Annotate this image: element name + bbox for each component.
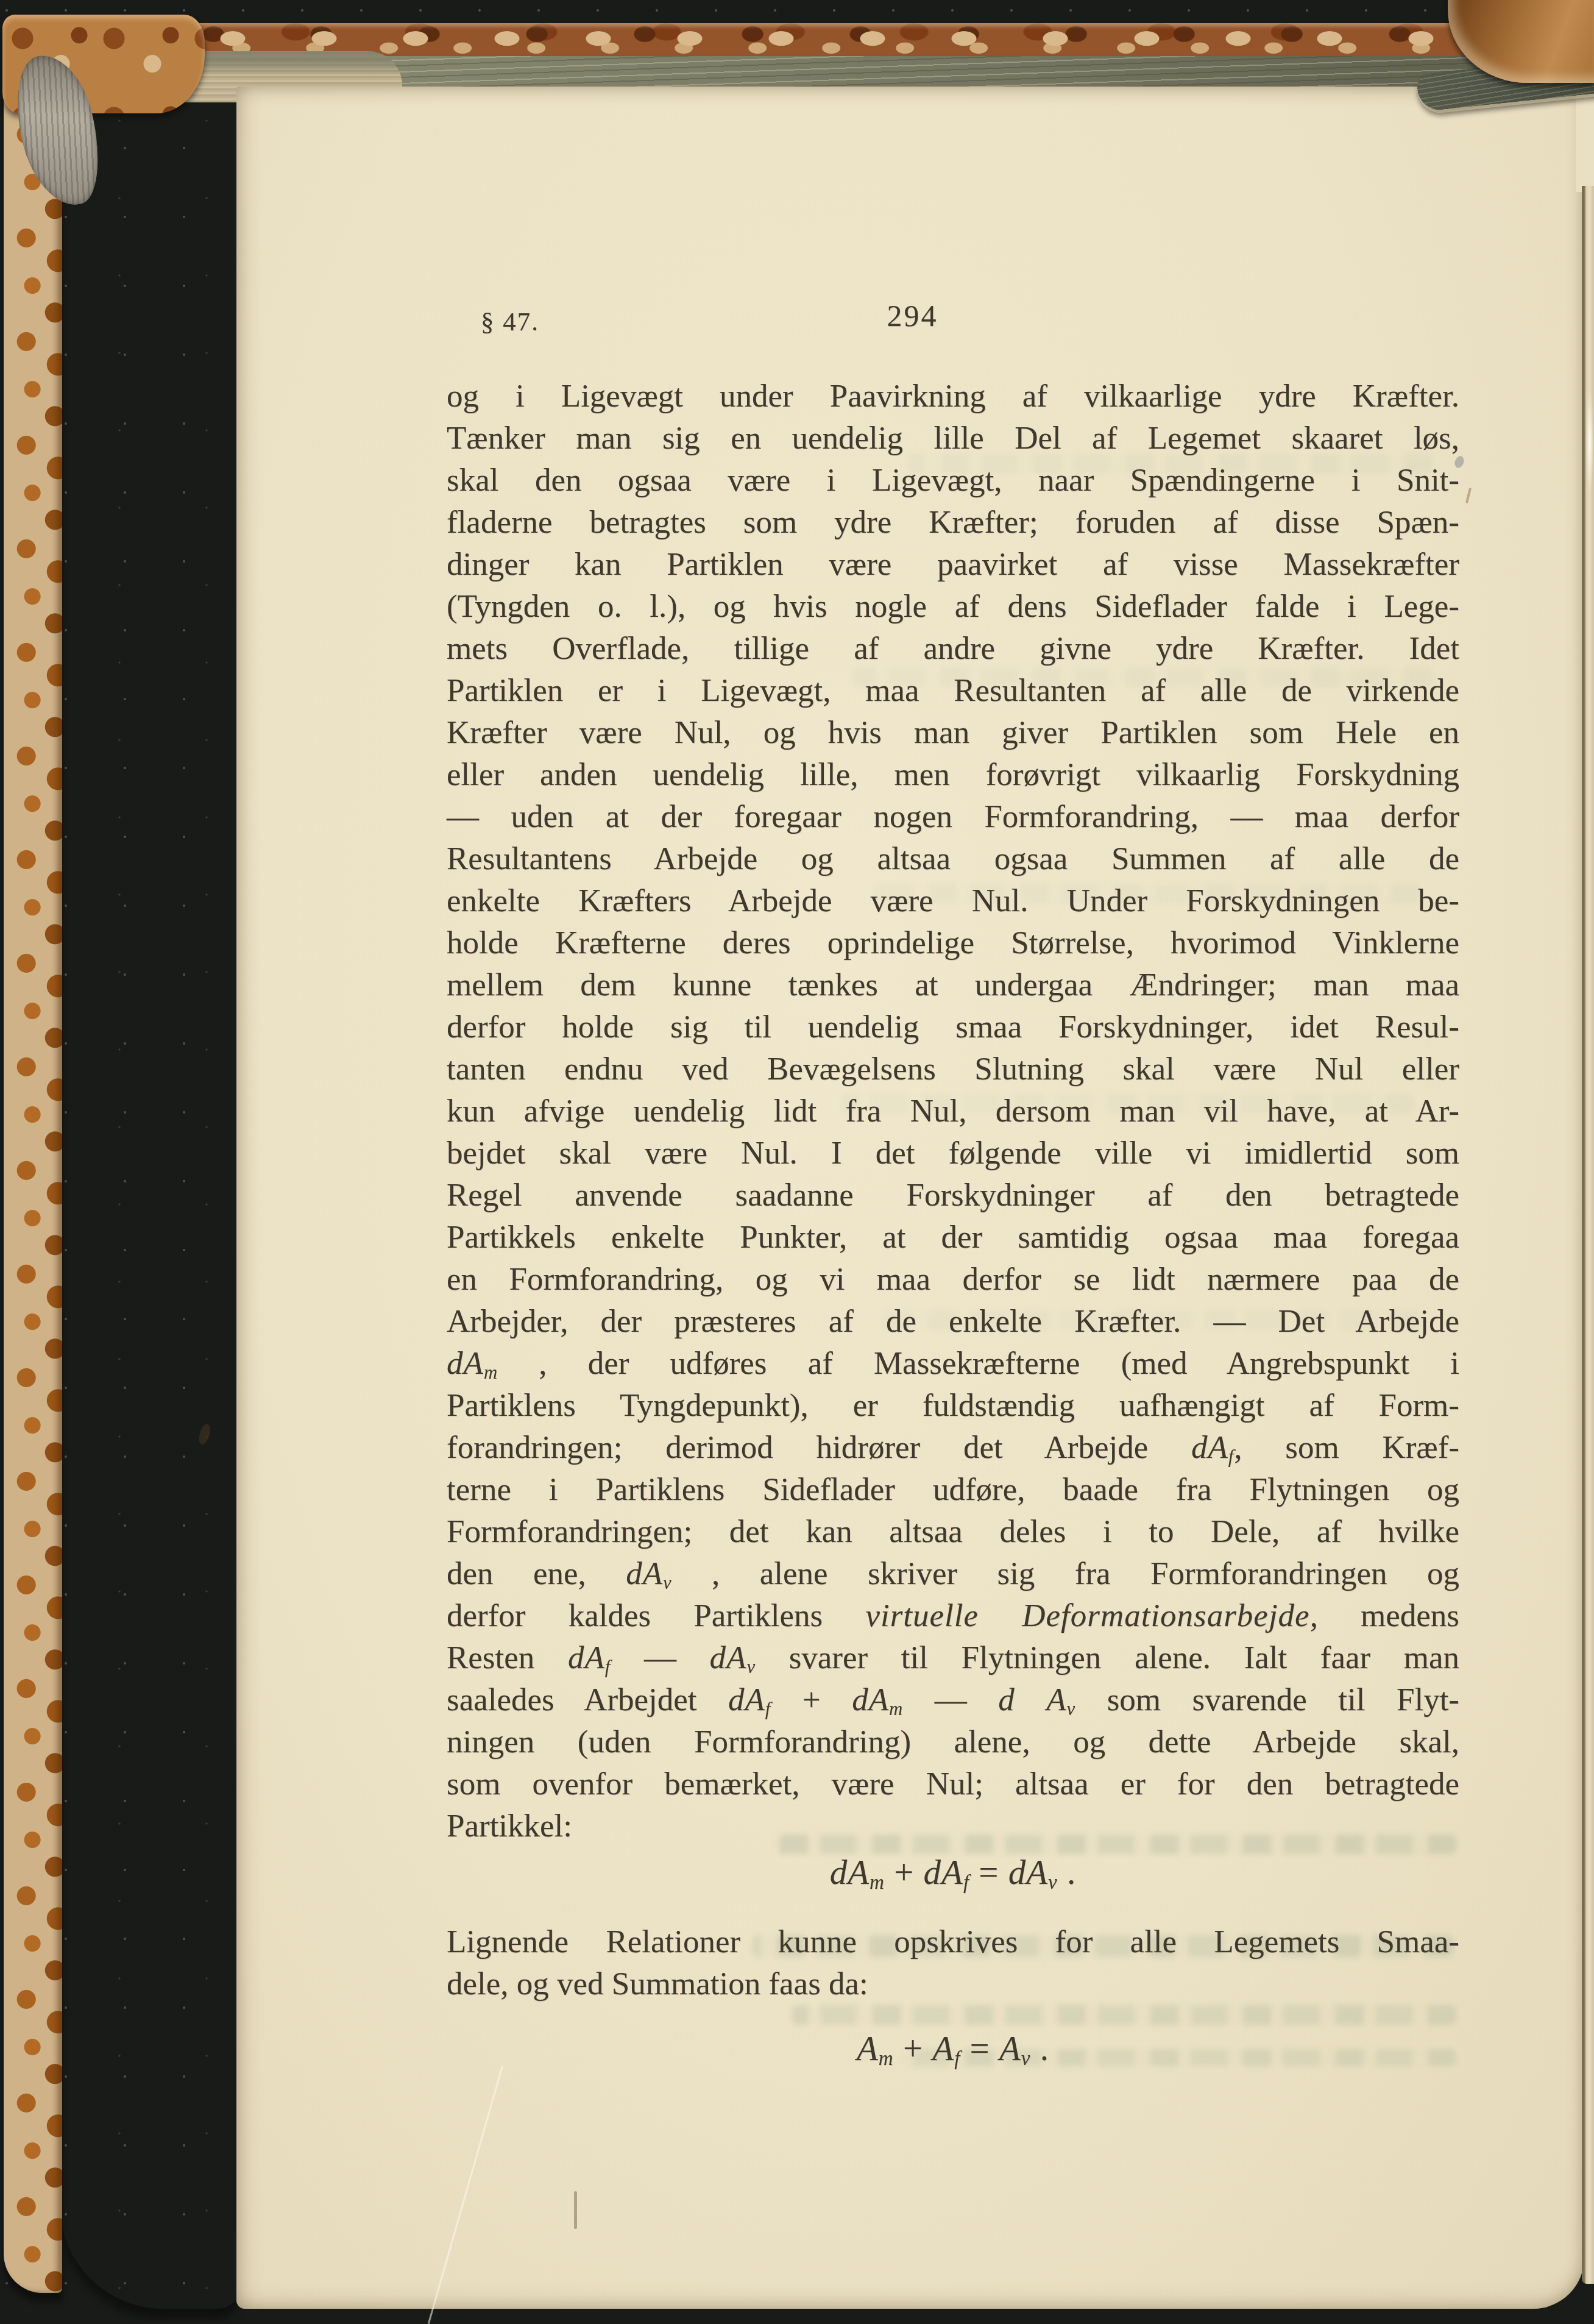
text-line: Resten dAf — dAv svarer til Flytningen a… [447,1637,1459,1679]
text-line: en Formforandring, og vi maa derfor se l… [447,1259,1459,1301]
text-line: (Tyngden o. l.), og hvis nogle af dens S… [447,586,1459,628]
text-line: tanten endnu ved Bevægelsens Slutning sk… [447,1048,1459,1090]
text-line: bejdet skal være Nul. I det følgende vil… [447,1132,1459,1174]
text-line: Partikkel: [447,1805,1459,1847]
text-line: og i Ligevægt under Paavirkning af vilka… [447,375,1459,418]
text-line: derfor kaldes Partiklens virtuelle Defor… [447,1595,1459,1637]
text-line: Arbejder, der præsteres af de enkelte Kr… [447,1301,1459,1343]
text-line: dele, og ved Summation faas da: [447,1963,1459,2005]
text-line: som ovenfor bemærket, være Nul; altsaa e… [447,1763,1459,1805]
text-line: forandringen; derimod hidrører det Arbej… [447,1427,1459,1469]
section-number: § 47. [481,308,539,336]
text-line: saaledes Arbejdet dAf + dAm — d Av som s… [447,1679,1459,1721]
leather-spine-strip [4,18,62,2293]
text-line: — uden at der foregaar nogen Formforandr… [447,796,1459,838]
scanned-book-page: § 47. 294 og i Ligevægt under Paavirknin… [0,0,1594,2324]
text-line: Regel anvende saadanne Forskydninger af … [447,1174,1459,1217]
text-line: Partiklens Tyngdepunkt), er fuldstændig … [447,1385,1459,1427]
text-line: den ene, dAv , alene skriver sig fra For… [447,1553,1459,1595]
text-block: § 47. 294 og i Ligevægt under Paavirknin… [447,290,1459,2072]
text-line: Kræfter være Nul, og hvis man giver Part… [447,712,1459,754]
text-line: mets Overflade, tillige af andre givne y… [447,628,1459,670]
text-line: kun afvige uendelig lidt fra Nul, dersom… [447,1090,1459,1132]
text-line: Formforandringen; det kan altsaa deles i… [447,1511,1459,1553]
text-line: holde Kræfterne deres oprindelige Større… [447,922,1459,964]
text-line: dAm , der udføres af Massekræfterne (med… [447,1343,1459,1385]
text-line: Tænker man sig en uendelig lille Del af … [447,418,1459,460]
text-line: dinger kan Partiklen være paavirket af v… [447,544,1459,586]
fore-edge-highlight [1586,390,1593,494]
page-corner-fill [1576,91,1594,192]
page-stack-fore-edges-left [60,54,241,2309]
body-text: og i Ligevægt under Paavirkning af vilka… [447,375,1459,2072]
text-line: enkelte Kræfters Arbejde være Nul. Under… [447,880,1459,922]
text-line: skal den ogsaa være i Ligevægt, naar Spæ… [447,460,1459,502]
text-line: terne i Partiklens Sideflader udføre, ba… [447,1469,1459,1511]
text-line: Resultantens Arbejde og altsaa ogsaa Sum… [447,838,1459,880]
equation: dAm + dAf = dAv . [447,1850,1459,1896]
page-number: 294 [887,298,938,333]
text-line: fladerne betragtes som ydre Kræfter; for… [447,502,1459,544]
text-line: eller anden uendelig lille, men forøvrig… [447,754,1459,796]
text-line: Partikkels enkelte Punkter, at der samti… [447,1217,1459,1259]
text-line: Lignende Relationer kunne opskrives for … [447,1921,1459,1963]
text-line: Partiklen er i Ligevægt, maa Resultanten… [447,670,1459,712]
text-line: derfor holde sig til uendelig smaa Forsk… [447,1006,1459,1048]
scratch-tick [574,2191,577,2229]
text-line: ningen (uden Formforandring) alene, og d… [447,1721,1459,1763]
text-line: mellem dem kunne tænkes at undergaa Ændr… [447,964,1459,1006]
equation: Am + Af = Av . [447,2026,1459,2072]
next-page-fore-edge-right [1582,186,1594,2284]
page-header: § 47. 294 [447,290,1459,375]
